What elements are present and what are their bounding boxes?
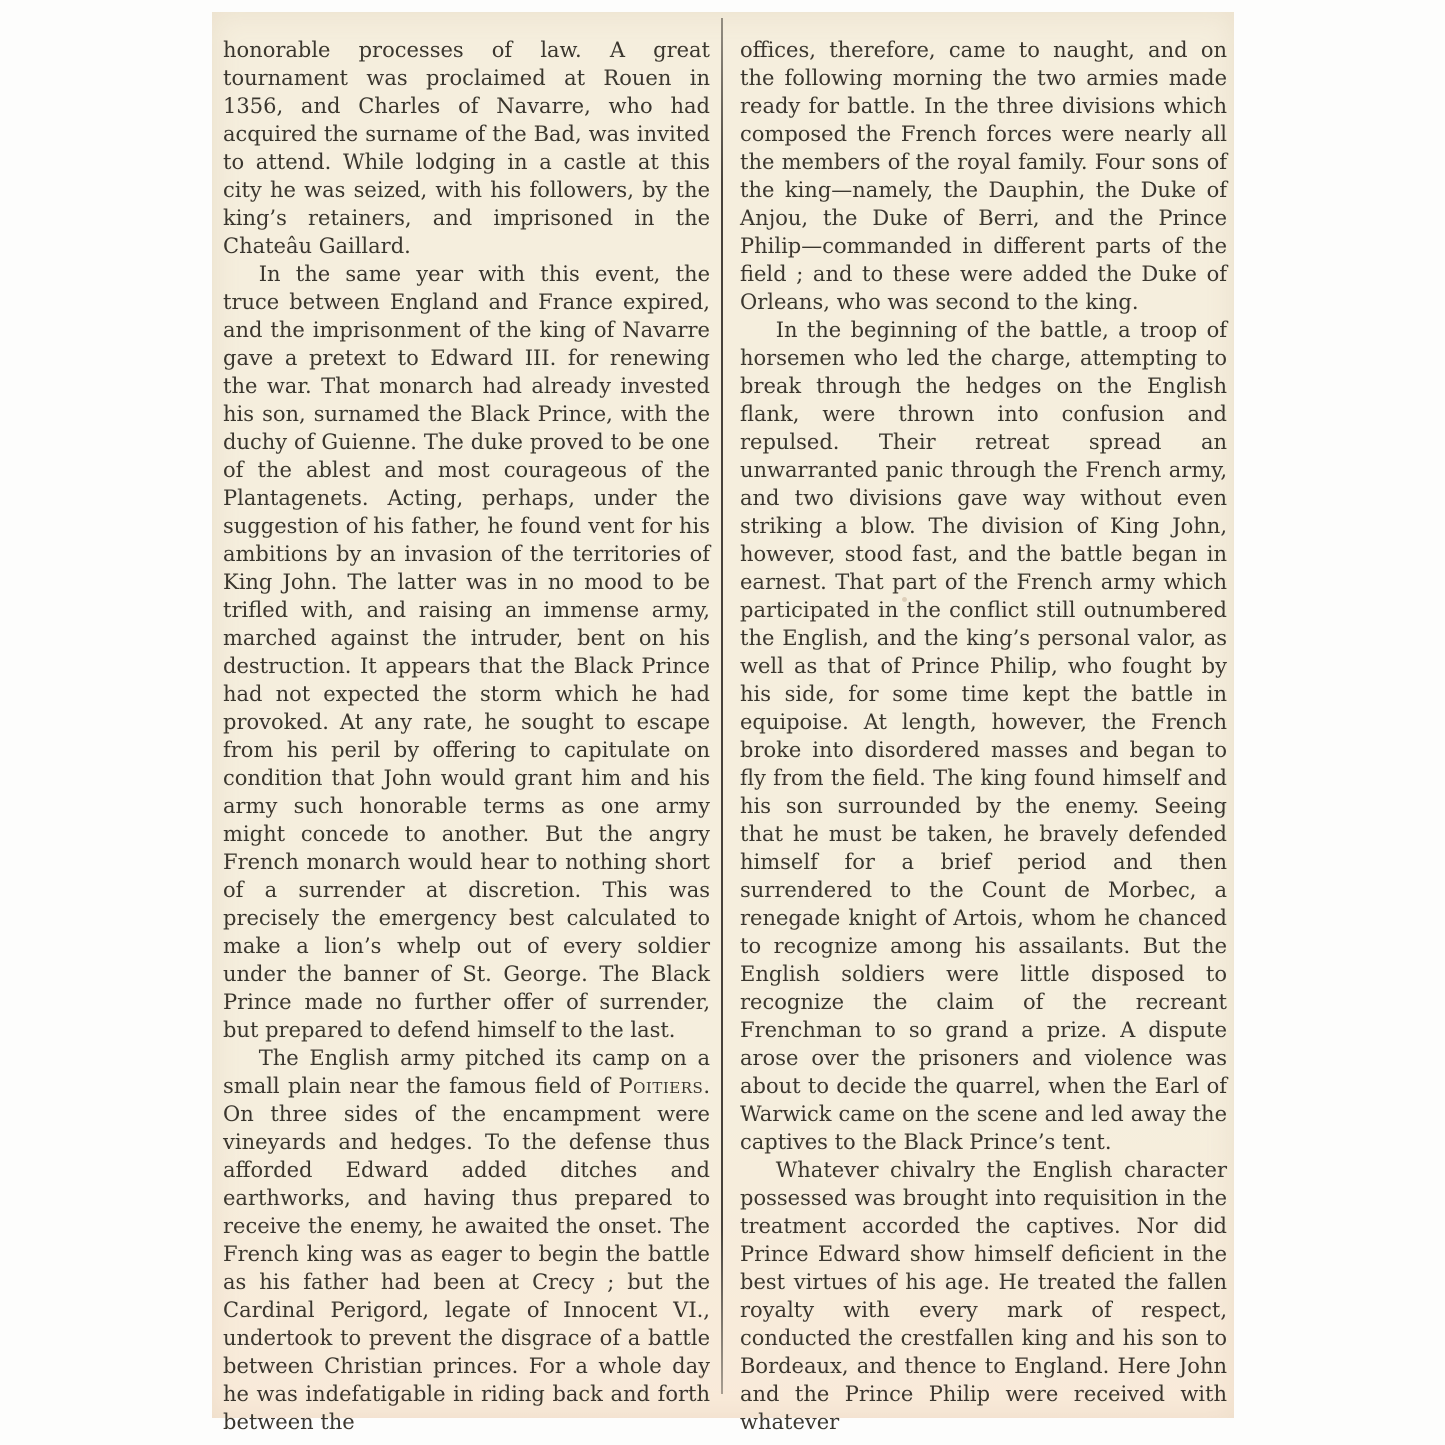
column-divider-rule — [721, 18, 723, 1394]
scanned-book-page: { "page": { "paper_color": "#f5eedd", "p… — [0, 0, 1445, 1445]
paragraph: Whatever chivalry the English character … — [740, 1156, 1227, 1436]
text-segment: offices, therefore, came to naught, and … — [740, 38, 1227, 314]
smallcaps-word: Poitiers — [619, 1074, 704, 1098]
text-segment: . On three sides of the encampment were … — [223, 1074, 710, 1434]
paragraph: offices, therefore, came to naught, and … — [740, 36, 1227, 316]
text-segment: In the same year with this event, the tr… — [223, 262, 710, 1042]
cropped-text-fragment — [223, 8, 710, 16]
left-text-column: honorable processes of law. A great tour… — [223, 36, 710, 1436]
paper-aging-speck — [699, 1375, 703, 1379]
paragraph: honorable processes of law. A great tour… — [223, 36, 710, 260]
text-segment: honorable processes of law. A great tour… — [223, 38, 710, 258]
right-text-column: offices, therefore, came to naught, and … — [740, 36, 1227, 1436]
paragraph: The English army pitched its camp on a s… — [223, 1044, 710, 1436]
paragraph: In the beginning of the battle, a troop … — [740, 316, 1227, 1156]
paragraph: In the same year with this event, the tr… — [223, 260, 710, 1044]
paper-aging-speck — [902, 597, 907, 602]
text-segment: In the beginning of the battle, a troop … — [740, 318, 1227, 1154]
page-scan: honorable processes of law. A great tour… — [212, 12, 1234, 1418]
text-segment: Whatever chivalry the English character … — [740, 1158, 1227, 1434]
